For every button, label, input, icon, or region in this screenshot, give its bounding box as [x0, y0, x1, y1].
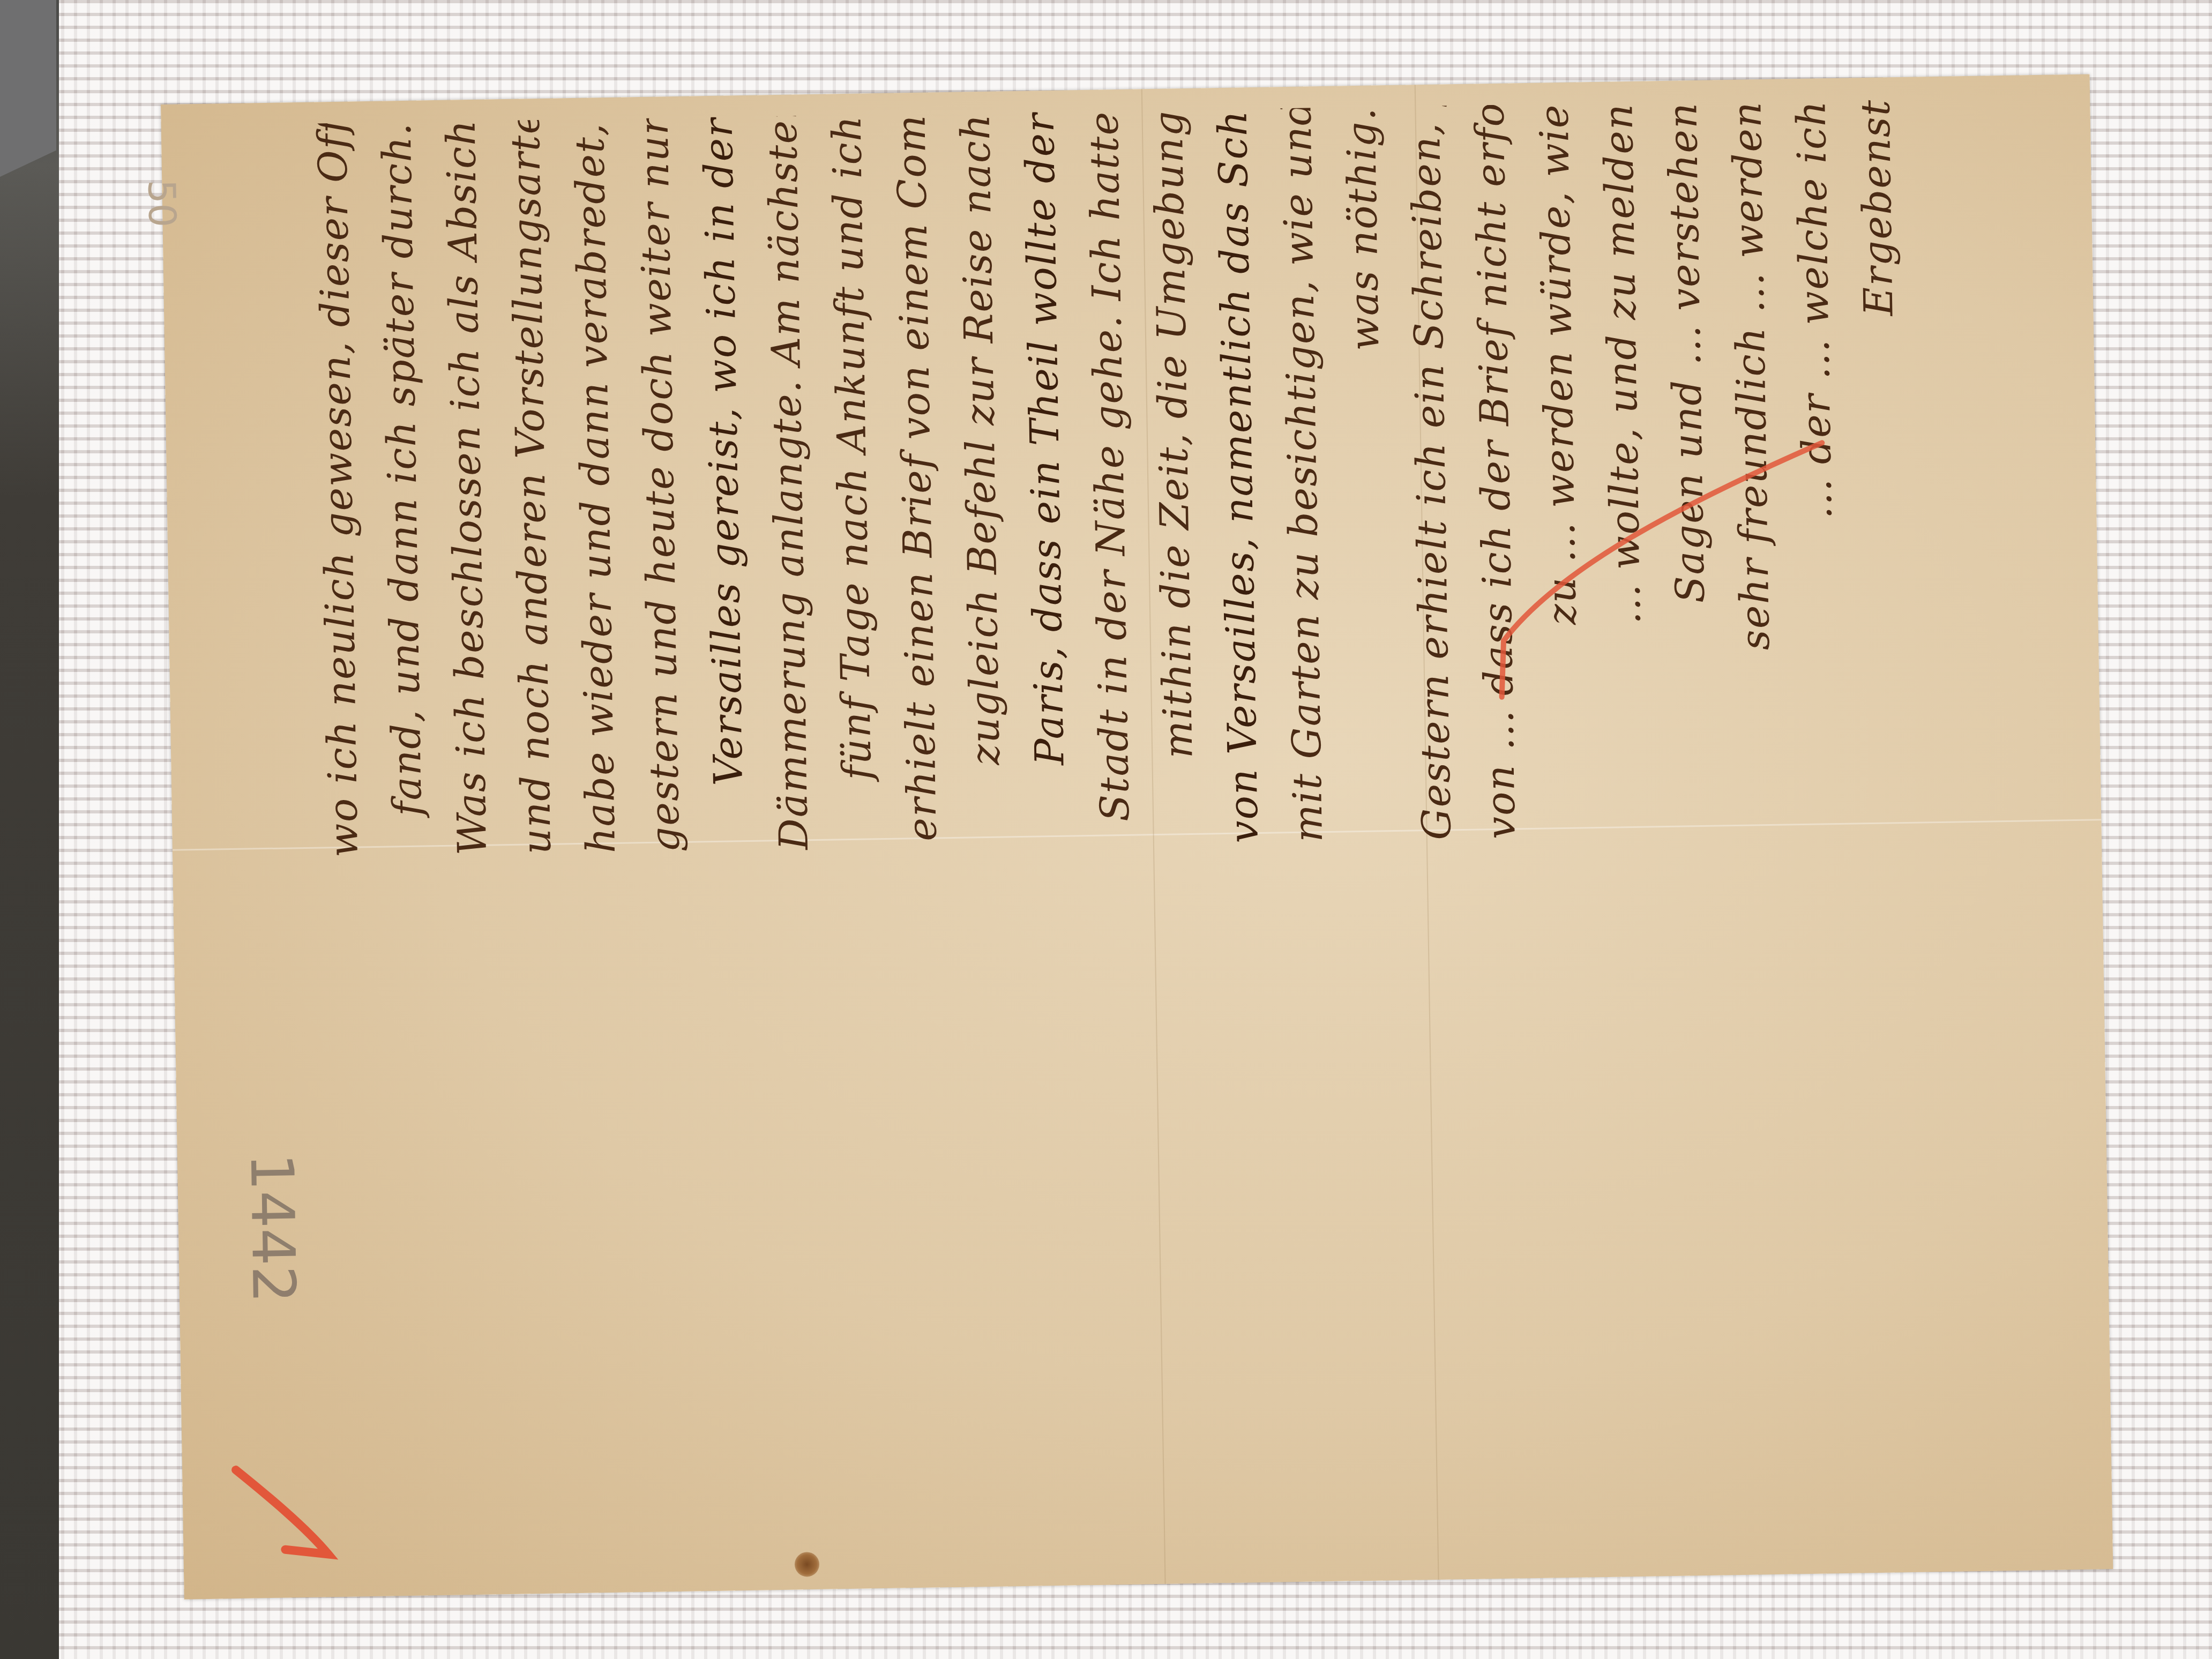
grey-card-corner: [0, 0, 56, 177]
handwritten-line: Stadt in der Nähe gehe. Ich hatte: [1072, 110, 1148, 846]
handwritten-line: erhielt einen Brief von einem Com: [879, 114, 955, 849]
handwritten-line: mit Garten zu besichtigen, wie und: [1265, 108, 1341, 843]
handwritten-line: sehr freundlich ... werden: [1715, 101, 1791, 836]
handwritten-line: was nöthig.: [1329, 107, 1405, 842]
handwritten-line: habe wieder und dann verabredet, dass: [558, 118, 634, 854]
page-number: 50: [139, 179, 184, 227]
handwritten-line: Gestern erhielt ich ein Schreiben, gezei…: [1393, 106, 1469, 841]
handwritten-line: Dämmerung anlangte. Am nächsten: [750, 116, 826, 851]
handwritten-line: fünf Tage nach Ankunft und ich: [814, 115, 891, 850]
handwritten-line: Was ich beschlossen ich als Absicht: [429, 121, 505, 856]
handwritten-line: gestern und heute doch weiter nur: [622, 118, 698, 853]
signature-fragment: Ergebenst: [1843, 99, 1919, 834]
handwritten-line: Versailles gereist, wo ich in der: [686, 117, 763, 852]
handwritten-text-block: wo ich neulich gewesen, dieser Offiziere…: [301, 97, 2027, 858]
handwritten-line: von ... dass ich der Brief nicht erfolgt: [1458, 104, 1534, 840]
handwritten-line: fand, und dann ich später durch.: [365, 122, 441, 857]
ink-stain: [795, 1552, 820, 1577]
handwritten-line: Paris, dass ein Theil wollte der: [1007, 111, 1083, 847]
red-check-mark-icon: [225, 1452, 345, 1572]
dark-object-left-edge: [0, 0, 59, 1659]
handwritten-line: ... der ... welche ich: [1779, 100, 1855, 835]
handwritten-line: ... wollte, und zu melden: [1586, 102, 1662, 838]
handwritten-line: Sagen und ... verstehen: [1650, 101, 1727, 836]
handwritten-line: und noch anderen Vorstellungsarten,: [494, 119, 570, 855]
handwritten-line: zugleich Befehl zur Reise nach: [943, 113, 1019, 848]
handwritten-line: mithin die Zeit, die Umgebung: [1136, 110, 1212, 845]
handwritten-line: wo ich neulich gewesen, dieser Offiziere: [301, 123, 377, 858]
handwritten-line: von Versailles, namentlich das Schloss: [1200, 109, 1276, 844]
pencil-archive-number: 1442: [237, 1153, 308, 1304]
handwritten-line: zu ... werden würde, wie: [1522, 103, 1598, 839]
letter-page: 50 1442 wo ich neulich gewesen, dieser O…: [161, 74, 2113, 1599]
